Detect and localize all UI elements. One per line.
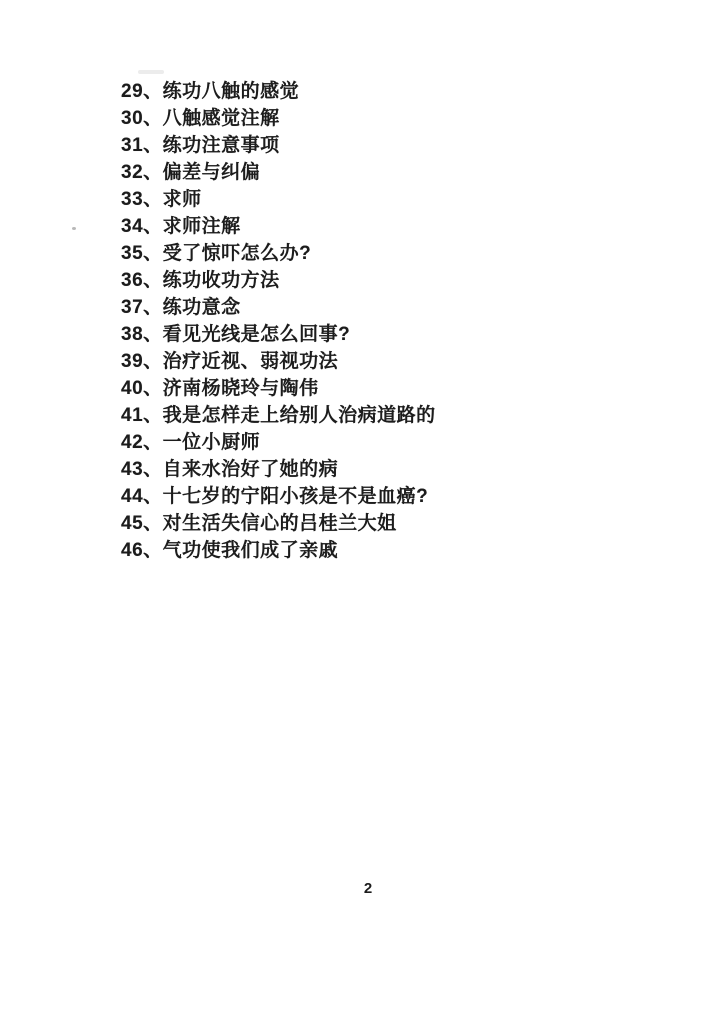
scanned-document-page: 29、练功八触的感觉 30、八触感觉注解 31、练功注意事项 32、偏差与纠偏 … <box>0 0 724 1024</box>
toc-entry: 46、气功使我们成了亲戚 <box>121 537 601 564</box>
toc-entry: 37、练功意念 <box>121 294 601 321</box>
toc-entry: 33、求师 <box>121 186 601 213</box>
toc-entry: 29、练功八触的感觉 <box>121 78 601 105</box>
toc-entry: 43、自来水治好了她的病 <box>121 456 601 483</box>
toc-entry: 40、济南杨晓玲与陶伟 <box>121 375 601 402</box>
toc-entry: 31、练功注意事项 <box>121 132 601 159</box>
toc-entry: 44、十七岁的宁阳小孩是不是血癌? <box>121 483 601 510</box>
toc-entry: 41、我是怎样走上给别人治病道路的 <box>121 402 601 429</box>
toc-entry: 30、八触感觉注解 <box>121 105 601 132</box>
toc-entry: 32、偏差与纠偏 <box>121 159 601 186</box>
scan-artifact-smudge <box>138 70 164 74</box>
page-number: 2 <box>0 880 724 897</box>
toc-entry: 36、练功收功方法 <box>121 267 601 294</box>
toc-entry: 38、看见光线是怎么回事? <box>121 321 601 348</box>
table-of-contents: 29、练功八触的感觉 30、八触感觉注解 31、练功注意事项 32、偏差与纠偏 … <box>121 78 601 564</box>
toc-entry: 45、对生活失信心的吕桂兰大姐 <box>121 510 601 537</box>
scan-artifact-speck <box>72 227 76 230</box>
toc-entry: 39、治疗近视、弱视功法 <box>121 348 601 375</box>
toc-entry: 35、受了惊吓怎么办? <box>121 240 601 267</box>
toc-entry: 34、求师注解 <box>121 213 601 240</box>
toc-entry: 42、一位小厨师 <box>121 429 601 456</box>
